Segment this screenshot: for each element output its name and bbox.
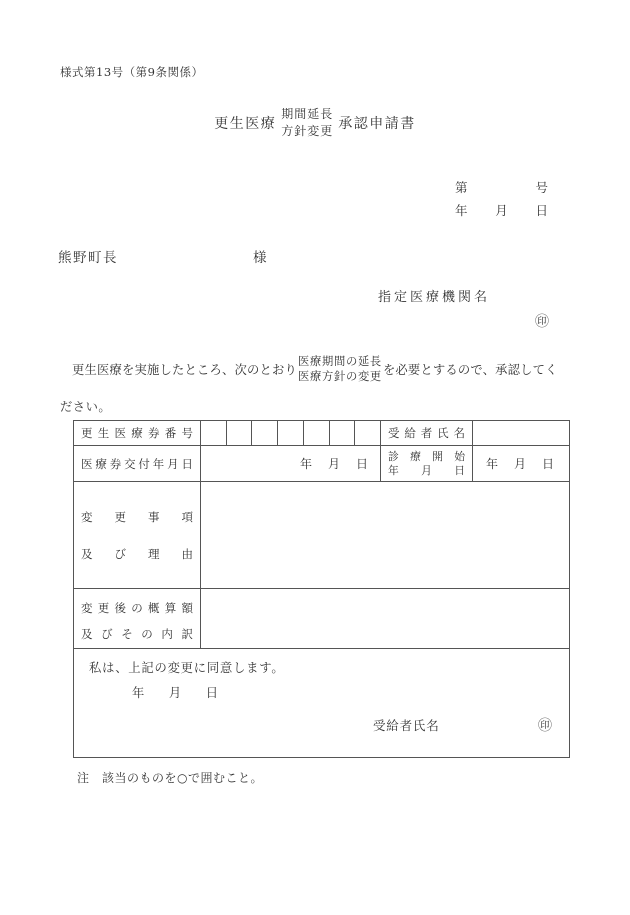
- ticket-digit-cell: [201, 421, 227, 445]
- ticket-digit-cell: [304, 421, 330, 445]
- consent-seal-mark: ㊞: [538, 715, 552, 735]
- treatment-start-value-cell: 年 月 日: [473, 446, 569, 481]
- estimate-label-line1: 変更後の概算額: [81, 600, 193, 616]
- date-year-label: 年: [455, 201, 468, 219]
- body-option-period-extension: 医療期間の延長: [298, 354, 382, 369]
- form-page: 様式第13号（第9条関係） 更生医療 期間延長 方針変更 承認申請書 第 号 年…: [0, 0, 630, 915]
- change-items-label-cell: 変更事項 及び理由: [74, 482, 201, 588]
- document-number-line: 第 号: [455, 178, 548, 196]
- title-option-period-extension: 期間延長: [281, 106, 333, 123]
- applicant-institution-label: 指定医療機関名: [378, 286, 490, 305]
- table-row-estimate: 変更後の概算額 及びその内訳: [74, 589, 569, 649]
- title-prefix: 更生医療: [214, 113, 276, 133]
- recipient-name-label-cell: 受給者氏名: [381, 421, 473, 445]
- table-row-change-items: 変更事項 及び理由: [74, 482, 569, 589]
- consent-statement: 私は、上記の変更に同意します。: [89, 658, 284, 676]
- issue-date-label: 医療券交付年月日: [81, 456, 193, 472]
- estimate-label-line2: 及びその内訳: [81, 626, 193, 642]
- recipient-name-value-cell: [473, 421, 569, 445]
- addressee-honorific: 様: [253, 246, 267, 266]
- ticket-digit-cell: [355, 421, 380, 445]
- change-items-label-line1: 変更事項: [81, 509, 193, 525]
- date-day-label: 日: [535, 201, 548, 219]
- ticket-digit-cell: [330, 421, 356, 445]
- body-text-after: を必要とするので、承認してく: [383, 360, 558, 378]
- estimate-value-cell: [201, 589, 569, 648]
- addressee-name: 熊野町長: [58, 246, 118, 266]
- title-option-stack: 期間延長 方針変更: [281, 106, 333, 140]
- treatment-start-label-line2: 年月日: [388, 464, 465, 478]
- ticket-digit-cell: [252, 421, 278, 445]
- ticket-digit-cell: [278, 421, 304, 445]
- table-row-dates: 医療券交付年月日 年 月 日 診療開始 年月日 年 月 日: [74, 446, 569, 482]
- estimate-label-cell: 変更後の概算額 及びその内訳: [74, 589, 201, 648]
- change-items-value-cell: [201, 482, 569, 588]
- table-row-ticket-number: 更生医療券番号 受給者氏名: [74, 421, 569, 446]
- date-month-label: 月: [495, 201, 508, 219]
- issue-date-value-cell: 年 月 日: [201, 446, 381, 481]
- body-paragraph-line1: 更生医療を実施したところ、次のとおり 医療期間の延長 医療方針の変更 を必要とす…: [72, 354, 558, 384]
- start-date-placeholder: 年 月 日: [486, 455, 556, 472]
- form-number: 様式第13号（第9条関係）: [60, 64, 203, 80]
- document-date-line: 年 月 日: [455, 201, 548, 219]
- change-items-label-line2: 及び理由: [81, 546, 193, 562]
- ticket-digit-cell: [227, 421, 253, 445]
- ticket-number-label-cell: 更生医療券番号: [74, 421, 201, 445]
- consent-recipient-name-label: 受給者氏名: [373, 716, 440, 734]
- applicant-seal-mark: ㊞: [535, 311, 549, 331]
- application-table: 更生医療券番号 受給者氏名 医療券交付年月日 年 月 日: [73, 420, 570, 758]
- recipient-name-label: 受給者氏名: [388, 425, 465, 441]
- document-number-prefix: 第: [455, 178, 468, 196]
- form-title: 更生医療 期間延長 方針変更 承認申請書: [0, 106, 630, 140]
- treatment-start-label-line1: 診療開始: [388, 450, 465, 464]
- ticket-number-digit-cells: [201, 421, 381, 445]
- title-suffix: 承認申請書: [338, 113, 416, 133]
- treatment-start-label-cell: 診療開始 年月日: [381, 446, 473, 481]
- body-option-policy-change: 医療方針の変更: [298, 369, 382, 384]
- issue-date-placeholder: 年 月 日: [300, 455, 370, 472]
- consent-date-placeholder: 年 月 日: [132, 683, 218, 701]
- table-row-consent: 私は、上記の変更に同意します。 年 月 日 受給者氏名 ㊞: [74, 649, 569, 757]
- body-text-before: 更生医療を実施したところ、次のとおり: [72, 360, 297, 378]
- body-paragraph-line2: ださい。: [60, 397, 111, 415]
- ticket-number-label: 更生医療券番号: [81, 425, 193, 441]
- title-option-policy-change: 方針変更: [281, 123, 333, 140]
- issue-date-label-cell: 医療券交付年月日: [74, 446, 201, 481]
- body-option-stack: 医療期間の延長 医療方針の変更: [298, 354, 382, 384]
- document-number-suffix: 号: [535, 178, 548, 196]
- footnote: 注 該当のものを○で囲むこと。: [77, 769, 263, 786]
